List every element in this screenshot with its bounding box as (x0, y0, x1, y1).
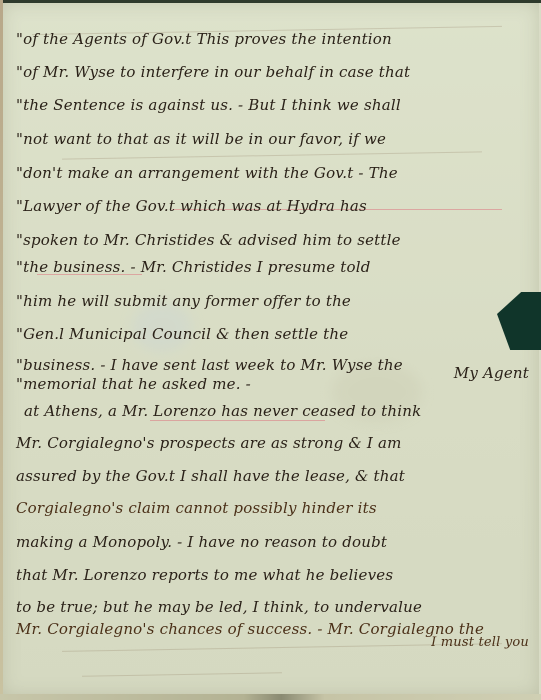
handwritten-line: My Agent (454, 364, 529, 382)
handwritten-line: making a Monopoly. - I have no reason to… (16, 533, 387, 551)
handwritten-line: "the business. - Mr. Christides I presum… (16, 258, 371, 276)
handwritten-line: "of the Agents of Gov.t This proves the … (16, 30, 392, 48)
handwritten-line: that Mr. Lorenzo reports to me what he b… (16, 566, 393, 584)
handwritten-line: "memorial that he asked me. - (16, 375, 251, 393)
handwritten-line: Corgialegno's claim cannot possibly hind… (16, 499, 377, 517)
handwritten-line: to be true; but he may be led, I think, … (16, 598, 422, 616)
handwritten-line: "Gen.l Municipal Council & then settle t… (16, 325, 348, 343)
handwritten-line: "the Sentence is against us. - But I thi… (16, 96, 401, 114)
scan-top-edge (0, 0, 541, 3)
show-through-ink (62, 151, 482, 159)
handwritten-line: Mr. Corgialegno's prospects are as stron… (16, 434, 402, 452)
handwritten-line: "him he will submit any former offer to … (16, 292, 351, 310)
handwritten-line: at Athens, a Mr. Lorenzo has never cease… (24, 402, 421, 420)
handwritten-catchword: I must tell you (431, 635, 529, 650)
handwritten-line: "not want to that as it will be in our f… (16, 130, 386, 148)
scan-left-edge (0, 0, 3, 700)
handwritten-line: "spoken to Mr. Christides & advised him … (16, 231, 401, 249)
handwritten-line: "don't make an arrangement with the Gov.… (16, 164, 398, 182)
red-margin-rule (150, 420, 325, 421)
handwritten-line: "of Mr. Wyse to interfere in our behalf … (16, 63, 410, 81)
handwritten-line: assured by the Gov.t I shall have the le… (16, 467, 405, 485)
letter-page: "of the Agents of Gov.t This proves the … (2, 2, 539, 696)
show-through-ink (82, 672, 282, 676)
handwritten-line: Mr. Corgialegno's chances of success. - … (16, 620, 484, 638)
handwritten-line: "Lawyer of the Gov.t which was at Hydra … (16, 197, 367, 215)
scan-bottom-edge (0, 694, 541, 700)
handwritten-line: "business. - I have sent last week to Mr… (16, 356, 403, 374)
